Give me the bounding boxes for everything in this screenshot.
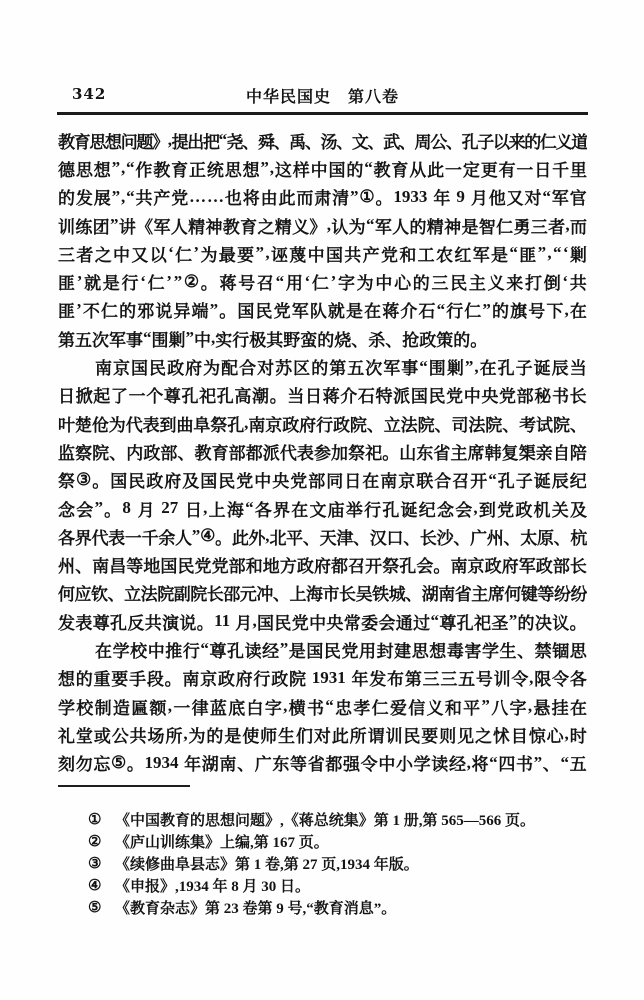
footnotes: ① 《中国教育的思想问题》,《蒋总统集》第 1 册,第 565—566 页。 ②…	[58, 809, 587, 918]
footnote-item: ③ 《续修曲阜县志》第 1 卷,第 27 页,1934 年版。	[58, 853, 587, 875]
body-line: 在学校中推行“尊孔读经”是国民党用封建思想毒害学生、禁锢思	[58, 635, 587, 663]
footnote-marker: ①	[88, 810, 115, 829]
body-line: 三者之中又以‘仁’为最要”,诬蔑中国共产党和工农红军是“匪”,“‘剿	[58, 239, 587, 267]
footnote-item: ④ 《申报》,1934 年 8 月 30 日。	[58, 874, 587, 896]
body-line: 训练团”讲《军人精神教育之精义》,认为“军人的精神是智仁勇三者,而	[58, 211, 587, 239]
body-line: 的发展”,“共产党……也将由此而肃清”①。1933 年 9 月他又对“军官	[58, 183, 587, 211]
body-line: 各界代表一千余人”④。此外,北平、天津、汉口、长沙、广州、太原、杭	[58, 522, 587, 550]
footnote-item: ⑤ 《教育杂志》第 23 卷第 9 号,“教育消息”。	[58, 896, 587, 918]
body-line: 州、南昌等地国民党党部和地方政府都召开祭孔会。南京政府军政部长	[58, 550, 587, 578]
body-line: 南京国民政府为配合对苏区的第五次军事“围剿”,在孔子诞辰当	[58, 352, 587, 380]
body-line: 礼堂或公共场所,为的是使师生们对此所谓训民要则见之怵目惊心,时	[58, 720, 587, 748]
body-line: 匪’就是行‘仁’”②。蒋号召“用‘仁’字为中心的三民主义来打倒‘共	[58, 267, 587, 295]
body-text: 教育思想问题》,提出把“尧、舜、禹、汤、文、武、周公、孔子以来的仁义道 德思想”…	[58, 126, 587, 777]
body-line: 想的重要手段。南京政府行政院 1931 年发布第三三五号训令,限令各	[58, 664, 587, 692]
body-line: 第五次军事“围剿”中,实行极其野蛮的烧、杀、抢政策的。	[58, 324, 587, 352]
body-line: 祭③。国民政府及国民党中央党部同日在南京联合召开“孔子诞辰纪	[58, 466, 587, 494]
footnote-text: 《中国教育的思想问题》,《蒋总统集》第 1 册,第 565—566 页。	[115, 809, 535, 830]
footnote-text: 《庐山训练集》上编,第 167 页。	[115, 831, 329, 852]
footnote-separator	[58, 785, 190, 787]
footnote-item: ② 《庐山训练集》上编,第 167 页。	[58, 831, 587, 853]
footnote-text: 《教育杂志》第 23 卷第 9 号,“教育消息”。	[115, 897, 396, 918]
footnote-item: ① 《中国教育的思想问题》,《蒋总统集》第 1 册,第 565—566 页。	[58, 809, 587, 831]
book-page: 342 中华民国史 第八卷 教育思想问题》,提出把“尧、舜、禹、汤、文、武、周公…	[0, 0, 644, 1000]
body-line: 德思想”,“作教育正统思想”,这样中国的“教育从此一定更有一日千里	[58, 154, 587, 182]
body-line: 学校制造匾额,一律蓝底白字,横书“忠孝仁爱信义和平”八字,悬挂在	[58, 692, 587, 720]
running-head: 342 中华民国史 第八卷	[58, 84, 587, 104]
body-line: 日掀起了一个尊孔祀孔高潮。当日蒋介石特派国民党中央党部秘书长	[58, 381, 587, 409]
body-line: 叶楚伧为代表到曲阜祭孔,南京政府行政院、立法院、司法院、考试院、	[58, 409, 587, 437]
footnote-marker: ⑤	[88, 898, 115, 917]
header-rule	[57, 112, 588, 115]
body-line: 刻勿忘⑤。1934 年湖南、广东等省都强令中小学读经,将“四书”、“五	[58, 749, 587, 777]
footnote-marker: ③	[88, 854, 115, 873]
footnote-marker: ④	[88, 876, 115, 895]
body-line: 何应钦、立法院副院长邵元冲、上海市长吴铁城、湖南省主席何键等纷纷	[58, 579, 587, 607]
body-line: 念会”。8 月 27 日,上海“各界在文庙举行孔诞纪念会,到党政机关及	[58, 494, 587, 522]
footnote-marker: ②	[88, 832, 115, 851]
body-line: 教育思想问题》,提出把“尧、舜、禹、汤、文、武、周公、孔子以来的仁义道	[58, 126, 587, 154]
body-line: 监察院、内政部、教育部都派代表参加祭祀。山东省主席韩复榘亲自陪	[58, 437, 587, 465]
footnote-text: 《续修曲阜县志》第 1 卷,第 27 页,1934 年版。	[115, 853, 419, 874]
footnote-text: 《申报》,1934 年 8 月 30 日。	[115, 875, 310, 896]
body-line: 匪’不仁的邪说异端”。国民党军队就是在蒋介石“行仁”的旗号下,在	[58, 296, 587, 324]
page-number: 342	[72, 85, 106, 103]
body-line: 发表尊孔反共演说。11 月,国民党中央常委会通过“尊孔祀圣”的决议。	[58, 607, 587, 635]
book-title: 中华民国史 第八卷	[58, 84, 587, 107]
